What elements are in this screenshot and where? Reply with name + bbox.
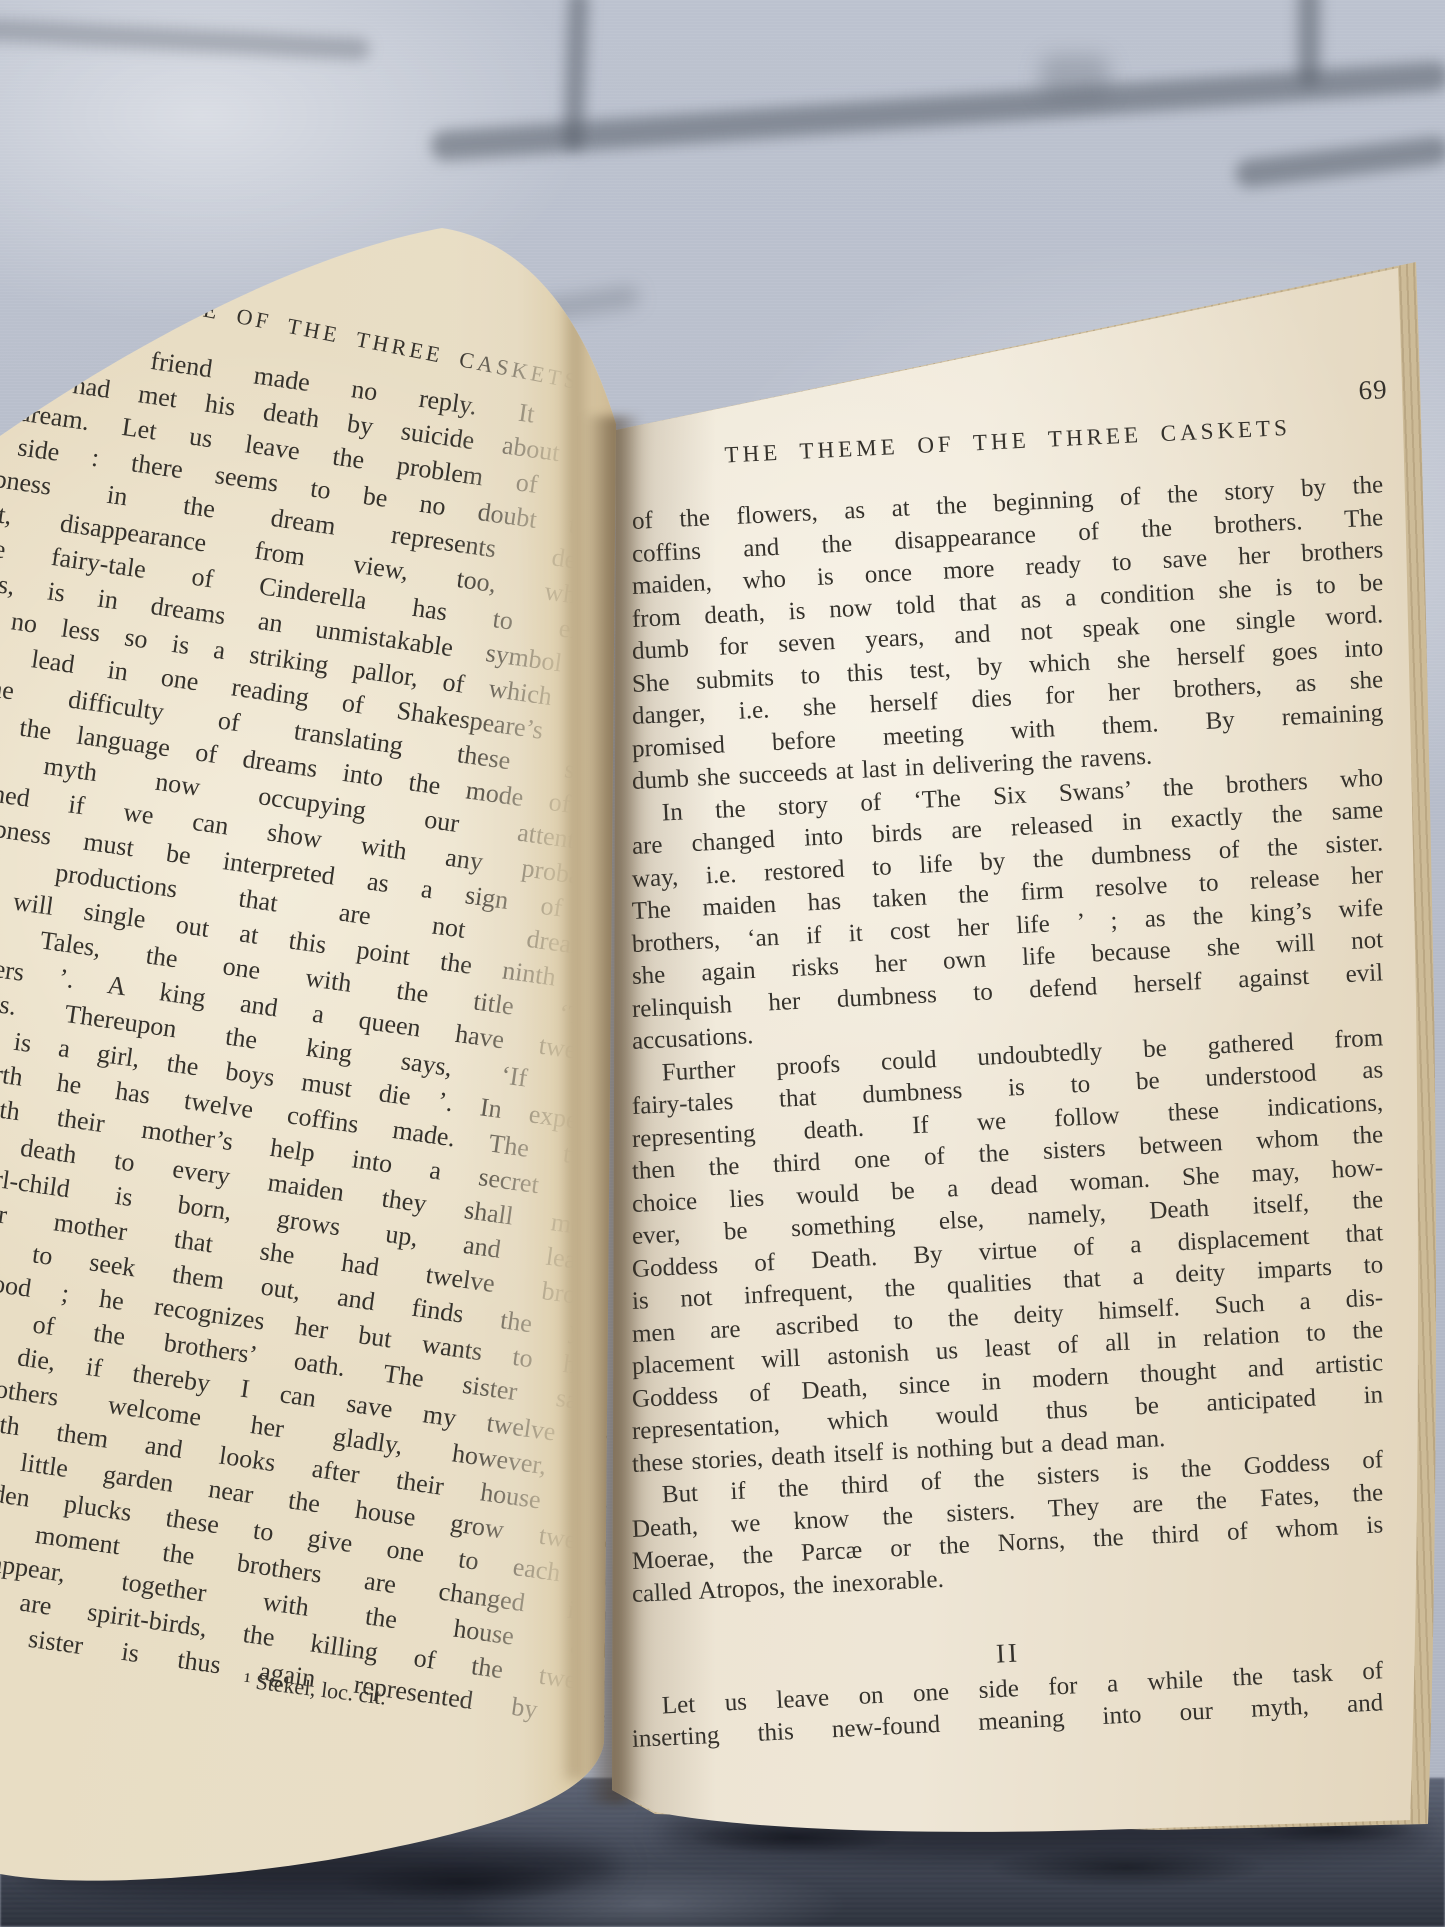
running-header: THE THEME OF THE THREE CASKETS [631, 399, 1384, 476]
right-page-header: THE THEME OF THE THREE CASKETS 69 [631, 399, 1384, 478]
paragraph: Further proofs could undoubtedly be gath… [632, 1059, 1384, 1482]
paragraph-group: Let us leave on one side for a while the… [632, 1692, 1384, 1757]
mortar-line [1298, 0, 1320, 86]
paragraph: Let us leave on one side for a while the… [632, 1692, 1384, 1757]
paragraph: But if the third of the sisters is the G… [632, 1481, 1384, 1611]
paragraph: In the story of ‘The Six Swans’ the brot… [632, 799, 1384, 1059]
mortar-smudge [1040, 55, 1110, 99]
paragraph: of the flowers, as at the beginning of t… [632, 506, 1384, 799]
paragraph-group: of the flowers, as at the beginning of t… [632, 506, 1384, 1611]
right-page-text: THE THEME OF THE THREE CASKETS 69 of the… [632, 436, 1384, 1757]
body-text: of the flowers, as at the beginning of t… [632, 506, 1384, 1757]
page-number: 69 [1358, 373, 1389, 407]
book-photo-scene: 8 THE THEME OF THE THREE CASKETS ence. T… [0, 0, 1445, 1927]
page-spine [584, 416, 642, 1804]
